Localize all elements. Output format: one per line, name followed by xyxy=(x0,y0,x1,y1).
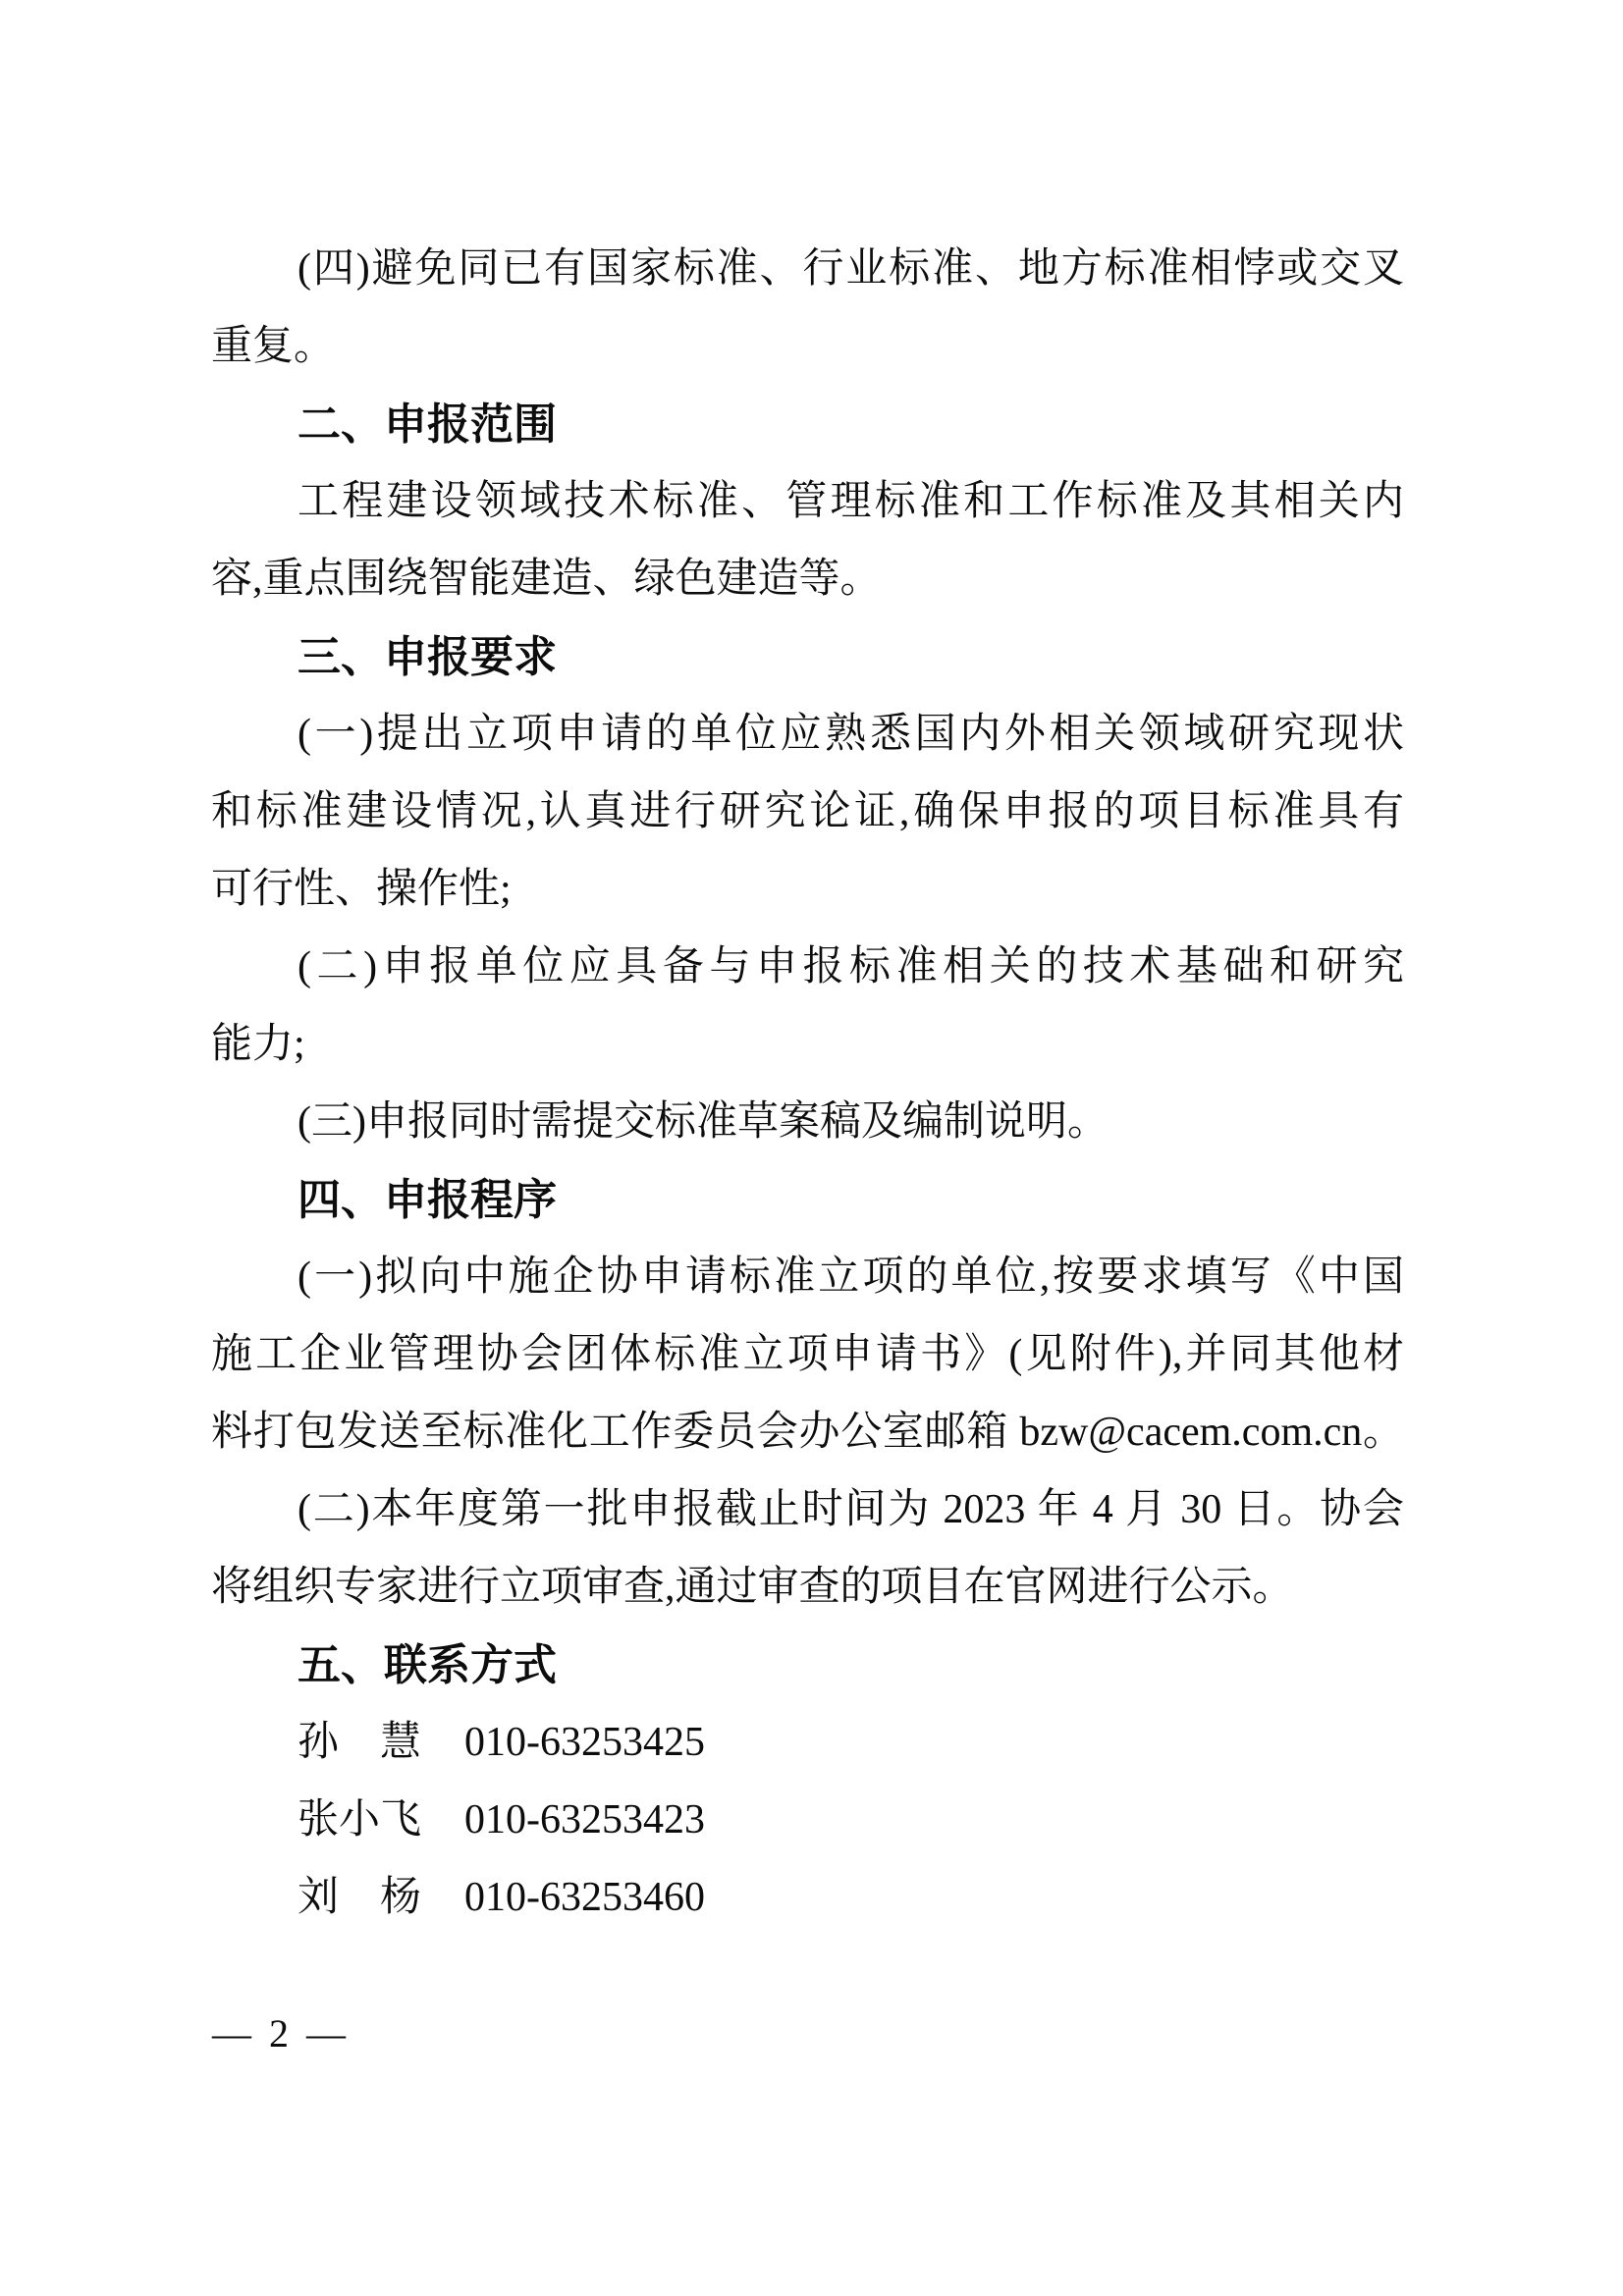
contact-name: 孙 慧 xyxy=(298,1704,464,1782)
contact-row: 刘 杨010-63253460 xyxy=(211,1859,1404,1937)
paragraph-line: 工程建设领域技术标准、管理标准和工作标准及其相关内 xyxy=(211,463,1404,541)
paragraph-line: 可行性、操作性; xyxy=(211,851,1404,929)
paragraph-line-email: 料打包发送至标准化工作委员会办公室邮箱 bzw@cacem.com.cn。 xyxy=(211,1394,1404,1471)
contact-row: 张小飞010-63253423 xyxy=(211,1782,1404,1859)
page-number: — 2 — xyxy=(212,2010,350,2057)
paragraph-line: (二)本年度第一批申报截止时间为 2023 年 4 月 30 日。协会 xyxy=(211,1471,1404,1549)
paragraph-line: (二)申报单位应具备与申报标准相关的技术基础和研究 xyxy=(211,929,1404,1006)
section-heading-5: 五、联系方式 xyxy=(211,1627,1404,1704)
contact-row: 孙 慧010-63253425 xyxy=(211,1704,1404,1782)
contact-name: 张小飞 xyxy=(298,1782,464,1859)
paragraph-line: 能力; xyxy=(211,1006,1404,1084)
paragraph-line: (三)申报同时需提交标准草案稿及编制说明。 xyxy=(211,1084,1404,1161)
paragraph-line: (一)拟向中施企协申请标准立项的单位,按要求填写《中国 xyxy=(211,1239,1404,1316)
section-heading-2: 二、申报范围 xyxy=(211,386,1404,463)
document-text-block: (四)避免同已有国家标准、行业标准、地方标准相悖或交叉 重复。 二、申报范围 工… xyxy=(211,231,1404,1937)
paragraph-line: 施工企业管理协会团体标准立项申请书》(见附件),并同其他材 xyxy=(211,1316,1404,1394)
contact-name: 刘 杨 xyxy=(298,1859,464,1937)
document-page: (四)避免同已有国家标准、行业标准、地方标准相悖或交叉 重复。 二、申报范围 工… xyxy=(0,0,1623,2296)
paragraph-line: (一)提出立项申请的单位应熟悉国内外相关领域研究现状 xyxy=(211,696,1404,774)
contact-phone: 010-63253423 xyxy=(464,1782,705,1859)
contact-phone: 010-63253425 xyxy=(464,1704,705,1782)
contact-phone: 010-63253460 xyxy=(464,1859,705,1937)
paragraph-line: 和标准建设情况,认真进行研究论证,确保申报的项目标准具有 xyxy=(211,774,1404,851)
section-heading-4: 四、申报程序 xyxy=(211,1161,1404,1239)
paragraph-line: 容,重点围绕智能建造、绿色建造等。 xyxy=(211,541,1404,618)
paragraph-line: 将组织专家进行立项审查,通过审查的项目在官网进行公示。 xyxy=(211,1549,1404,1627)
section-heading-3: 三、申报要求 xyxy=(211,618,1404,696)
paragraph-line: 重复。 xyxy=(211,308,1404,386)
paragraph-line: (四)避免同已有国家标准、行业标准、地方标准相悖或交叉 xyxy=(211,231,1404,308)
